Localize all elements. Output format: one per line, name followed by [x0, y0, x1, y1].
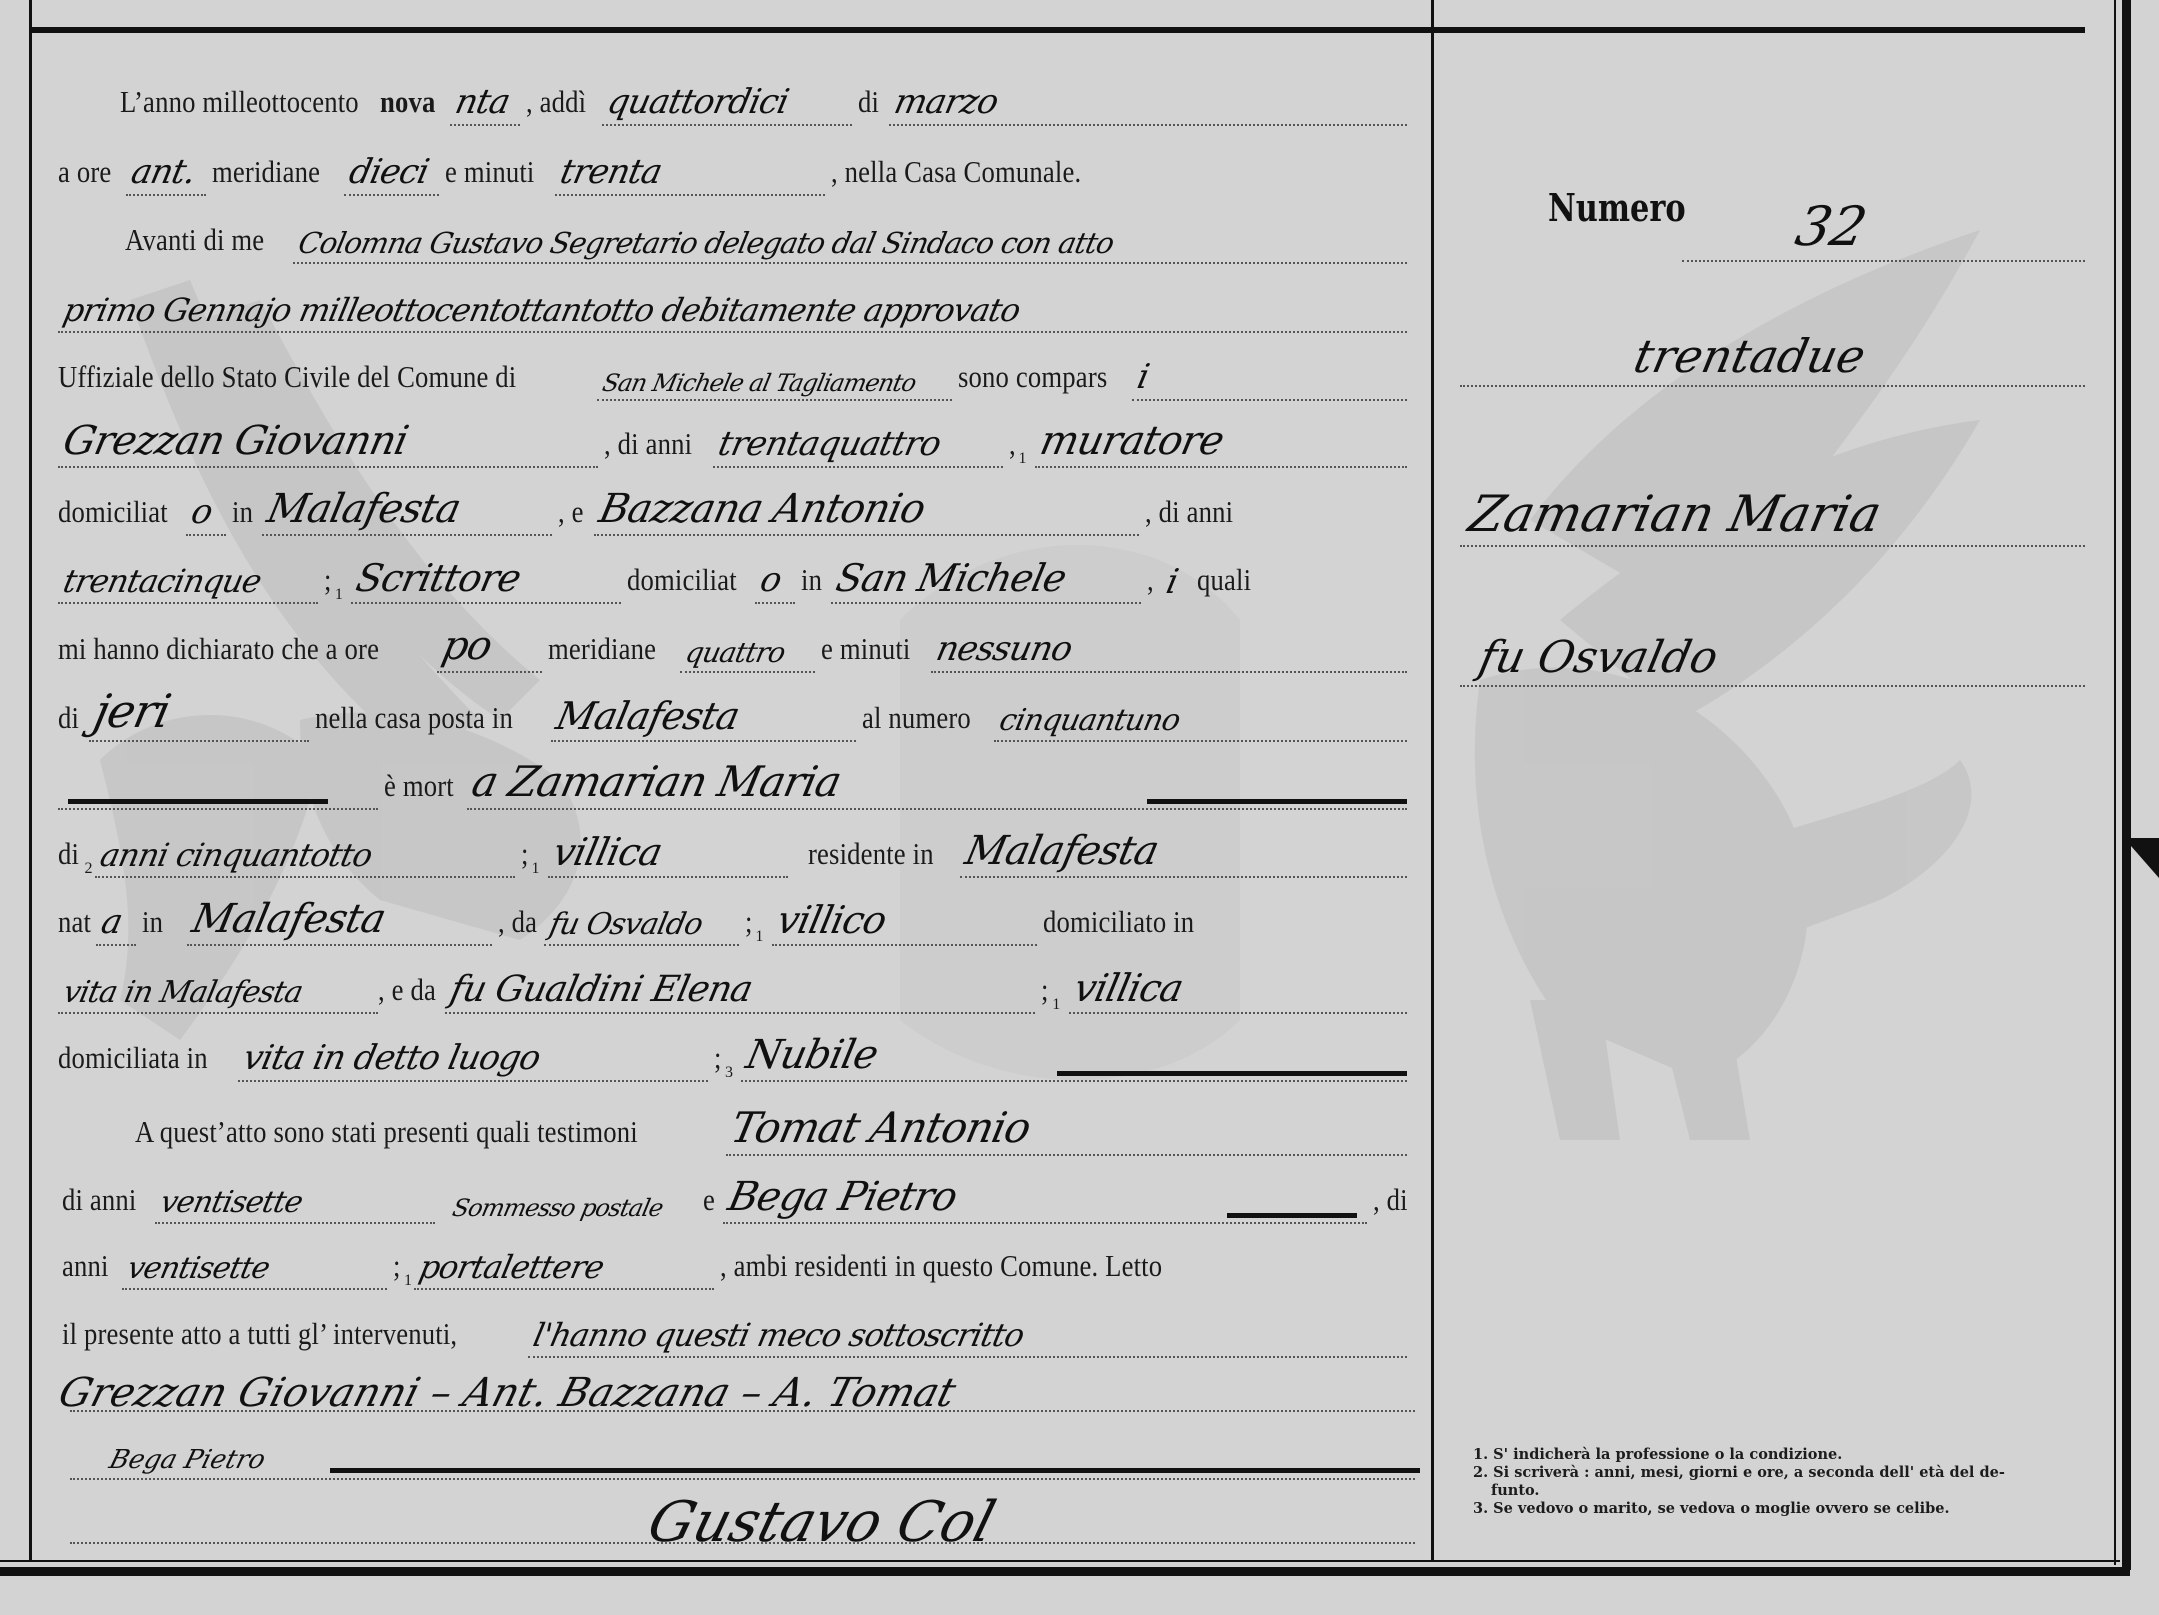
- handwritten-entry: cinquantuno: [997, 703, 1184, 738]
- footnote-marker: 1: [532, 860, 540, 878]
- printed-text: ;: [745, 904, 753, 946]
- handwritten-entry: dieci: [346, 152, 432, 192]
- bottom-rule: [0, 1567, 2130, 1576]
- printed-text: Avanti di me: [125, 222, 264, 264]
- footnote-1: 1. S' indicherà la professione o la cond…: [1473, 1446, 2073, 1464]
- year-field: nta: [450, 74, 520, 126]
- signing-statement-field: l'hanno questi meco sottoscritto: [528, 1306, 1407, 1358]
- death-day-field: jeri: [89, 690, 309, 742]
- death-hour-field: quattro: [680, 621, 815, 673]
- day-field: quattordici: [602, 74, 852, 126]
- printed-text: nella casa posta in: [315, 700, 513, 742]
- printed-text: domiciliata in: [58, 1040, 208, 1082]
- witness-2-age-field: ventisette: [122, 1238, 387, 1290]
- handwritten-entry: Sommesso postale: [450, 1194, 665, 1222]
- declarant-2-residence-field: San Michele: [831, 552, 1141, 604]
- printed-text: , di anni: [1145, 494, 1233, 536]
- footnote-marker: 1: [335, 586, 343, 604]
- printed-text: meridiane: [212, 154, 320, 196]
- handwritten-entry: San Michele al Tagliamento: [600, 369, 918, 397]
- am-pm-field: ant.: [126, 144, 206, 196]
- text-line-witnesses: A quest’atto sono stati presenti quali t…: [135, 1098, 1413, 1156]
- handwritten-entry: ventisette: [157, 1185, 305, 1220]
- printed-text: ,: [1147, 562, 1154, 604]
- footnote-marker: 1: [1019, 450, 1027, 468]
- comune-field: San Michele al Tagliamento: [597, 349, 952, 401]
- signature-official: Gustavo Col: [641, 1490, 1001, 1555]
- officer-field-cont: primo Gennajo milleottocentottantotto de…: [58, 281, 1407, 333]
- printed-text: il presente atto a tutti gl’ intervenuti…: [62, 1316, 457, 1358]
- printed-text: meridiane: [548, 631, 656, 673]
- handwritten-entry: San Michele: [833, 556, 1071, 600]
- handwritten-entry: ventisette: [124, 1251, 272, 1286]
- footnote-marker: 3: [725, 1064, 733, 1082]
- declarant-2-name-field: Bazzana Antonio: [594, 484, 1139, 536]
- bottom-rule-thin: [0, 1560, 2120, 1562]
- cancel-stroke: [1057, 1071, 1407, 1076]
- father-name-field: fu Osvaldo: [544, 894, 739, 946]
- text-line-reading: il presente atto a tutti gl’ intervenuti…: [62, 1300, 1413, 1358]
- footnote-marker: 1: [1052, 996, 1060, 1014]
- printed-text: di anni: [62, 1182, 137, 1224]
- printed-text: , e: [558, 494, 584, 536]
- handwritten-entry: portalettere: [416, 1248, 607, 1286]
- declarant-1-residence-field: Malafesta: [262, 484, 552, 536]
- witness-1-age-field: ventisette: [155, 1172, 435, 1224]
- deceased-profession-field: villica: [548, 826, 788, 878]
- house-number-field: cinquantuno: [994, 690, 1407, 742]
- marital-status-field: Nubile: [741, 1030, 1407, 1082]
- signature-line-2: [70, 1478, 1415, 1480]
- cancel-stroke: [68, 799, 328, 804]
- hour-field: dieci: [344, 144, 439, 196]
- handwritten-entry: Zamarian Maria: [1464, 485, 1887, 543]
- handwritten-entry: fu Osvaldo: [1475, 632, 1723, 683]
- text-line-deceased-age: di2 anni cinquantotto ;1 villica residen…: [58, 820, 1413, 878]
- signature-declarants: Grezzan Giovanni – Ant. Bazzana – A. Tom…: [54, 1370, 961, 1416]
- father-residence-field: vita in Malafesta: [58, 962, 378, 1014]
- text-line-mother-residence: domiciliata in vita in detto luogo ;3 Nu…: [58, 1024, 1413, 1082]
- fill-in-blank: i: [1161, 554, 1191, 604]
- printed-text: ,: [1009, 426, 1016, 468]
- numero-field: 32: [1682, 200, 2085, 262]
- handwritten-entry: villico: [773, 898, 890, 942]
- printed-text: quali: [1197, 562, 1251, 604]
- death-ampm-field: po: [437, 621, 542, 673]
- text-line-death-time: mi hanno dichiarato che a ore po meridia…: [58, 615, 1413, 673]
- father-margin-field: fu Osvaldo: [1460, 625, 2085, 687]
- footnote-3: 3. Se vedovo o marito, se vedova o mogli…: [1473, 1500, 2073, 1518]
- witness-2-profession-field: portalettere: [414, 1238, 714, 1290]
- witness-2-name-field: Bega Pietro: [723, 1172, 1367, 1224]
- printed-text: ;: [324, 562, 332, 604]
- printed-text: residente in: [808, 836, 934, 878]
- deceased-age-field: anni cinquantotto: [95, 826, 515, 878]
- handwritten-entry: Tomat Antonio: [727, 1103, 1035, 1152]
- handwritten-entry: Malafesta: [552, 694, 743, 738]
- text-line-year: L’anno milleottocentonova nta , addì qua…: [120, 68, 1413, 126]
- month-field: marzo: [889, 74, 1407, 126]
- printed-text: domiciliat: [627, 562, 737, 604]
- handwritten-entry: nessuno: [933, 629, 1076, 669]
- printed-text: domiciliato in: [1043, 904, 1194, 946]
- handwritten-entry: a: [98, 902, 126, 942]
- signature-thick-rule: [330, 1468, 1420, 1473]
- father-profession-field: villico: [772, 894, 1037, 946]
- declarant-2-profession-field: Scrittore: [351, 552, 621, 604]
- printed-text: ;: [521, 836, 529, 878]
- text-line-deceased: è mort a Zamarian Maria: [58, 752, 1413, 810]
- handwritten-entry: o: [187, 492, 215, 532]
- printed-text: e: [703, 1182, 715, 1224]
- printed-text: è mort: [384, 768, 454, 810]
- numero-label: Numero: [1548, 185, 1686, 230]
- text-line-officer-cont: primo Gennajo milleottocentottantotto de…: [58, 275, 1413, 333]
- footnote-marker: 1: [404, 1272, 412, 1290]
- handwritten-entry: nta: [452, 82, 513, 122]
- handwritten-entry: villica: [1070, 966, 1186, 1010]
- mother-profession-field: villica: [1069, 962, 1408, 1014]
- printed-text: in: [232, 494, 253, 536]
- printed-text: , addì: [526, 84, 586, 126]
- officer-field: Colomna Gustavo Segretario delegato dal …: [293, 212, 1407, 264]
- printed-text: ;: [393, 1248, 401, 1290]
- printed-text: , da: [498, 904, 537, 946]
- mother-residence-field: vita in detto luogo: [238, 1030, 708, 1082]
- printed-text: di: [58, 836, 79, 878]
- printed-text: mi hanno dichiarato che a ore: [58, 631, 379, 673]
- fill-in-blank: o: [755, 552, 795, 604]
- printed-text: di: [858, 84, 879, 126]
- handwritten-entry: quattordici: [604, 82, 792, 122]
- handwritten-entry: muratore: [1036, 418, 1227, 464]
- numero-words-field: trentadue: [1460, 325, 2085, 387]
- handwritten-entry: Nubile: [742, 1032, 881, 1078]
- death-house-location-field: Malafesta: [551, 690, 856, 742]
- printed-text: ;: [1041, 972, 1049, 1014]
- handwritten-entry: Scrittore: [352, 556, 524, 600]
- document-page: L’anno milleottocentonova nta , addì qua…: [0, 0, 2159, 1615]
- printed-text: sono compars: [958, 359, 1107, 401]
- printed-text: Uffiziale dello Stato Civile del Comune …: [58, 359, 516, 401]
- printed-text: nat: [58, 904, 91, 946]
- declarant-2-age-field: trentacinque: [58, 552, 318, 604]
- text-line-witness-1: di anni ventisette Sommesso postale e Be…: [62, 1166, 1413, 1224]
- handwritten-entry: po: [438, 623, 495, 669]
- text-line-witness-2: anni ventisette ;1 portalettere , ambi r…: [62, 1232, 1413, 1290]
- column-divider: [1431, 0, 1434, 1562]
- birthplace-field: Malafesta: [187, 894, 492, 946]
- fill-in-blank: o: [186, 484, 226, 536]
- right-border-thin: [2114, 0, 2116, 1565]
- text-line-death-place: di jeri nella casa posta in Malafesta al…: [58, 684, 1413, 742]
- deceased-residence-field: Malafesta: [960, 826, 1407, 878]
- deceased-name-margin-field: Zamarian Maria: [1460, 485, 2085, 547]
- declarant-1-profession-field: muratore: [1035, 416, 1407, 468]
- handwritten-entry: fu Gualdini Elena: [447, 969, 756, 1010]
- handwritten-entry: vita in Malafesta: [60, 975, 305, 1010]
- handwritten-entry: Bazzana Antonio: [595, 486, 929, 532]
- right-border-thick: [2122, 0, 2131, 1570]
- text-line-declarant-2-cont: trentacinque ;1 Scrittore domiciliato in…: [58, 546, 1413, 604]
- handwritten-entry: marzo: [891, 82, 1002, 122]
- cancel-stroke: [1227, 1213, 1357, 1218]
- mother-name-field: fu Gualdini Elena: [445, 962, 1035, 1014]
- handwritten-entry: Bega Pietro: [724, 1174, 961, 1220]
- handwritten-entry: Colomna Gustavo Segretario delegato dal …: [295, 226, 1116, 260]
- printed-text: , ambi residenti in questo Comune. Letto: [720, 1248, 1162, 1290]
- printed-text: a ore: [58, 154, 111, 196]
- footnote-2-cont: funto.: [1473, 1482, 2073, 1500]
- printed-text: L’anno milleottocento: [120, 84, 359, 126]
- handwritten-entry: Grezzan Giovanni: [59, 418, 412, 464]
- printed-text: anni: [62, 1248, 109, 1290]
- handwritten-entry: i: [1133, 357, 1151, 397]
- signature-witness: Bega Pietro: [106, 1445, 269, 1475]
- text-line-declarant-1: Grezzan Giovanni , di anni trentaquattro…: [58, 410, 1413, 468]
- top-rule: [32, 27, 2085, 33]
- printed-text: e minuti: [445, 154, 534, 196]
- text-line-officer: Avanti di me Colomna Gustavo Segretario …: [125, 206, 1413, 264]
- text-line-comune: Uffiziale dello Stato Civile del Comune …: [58, 343, 1413, 401]
- printed-text: , e da: [378, 972, 436, 1014]
- printed-text: A quest’atto sono stati presenti quali t…: [135, 1114, 638, 1156]
- footnote-2: 2. Si scriverà : anni, mesi, giorni e or…: [1473, 1464, 2073, 1482]
- handwritten-entry: villica: [549, 830, 665, 874]
- fill-in-blank: [58, 758, 378, 810]
- handwritten-entry: o: [756, 560, 784, 600]
- printed-text: domiciliat: [58, 494, 168, 536]
- printed-text: , di anni: [604, 426, 692, 468]
- printed-text: , nella Casa Comunale.: [831, 154, 1081, 196]
- cancel-stroke: [1147, 799, 1407, 804]
- printed-text: e minuti: [821, 631, 910, 673]
- handwritten-entry: 32: [1790, 195, 1872, 258]
- printed-text: ;: [714, 1040, 722, 1082]
- handwritten-entry: i: [1163, 562, 1181, 602]
- printed-text: di: [58, 700, 79, 742]
- printed-text: in: [142, 904, 163, 946]
- witness-1-profession-field: Sommesso postale: [447, 1174, 697, 1224]
- printed-text: nova: [380, 84, 436, 126]
- handwritten-entry: jeri: [89, 684, 175, 738]
- handwritten-entry: Malafesta: [188, 896, 389, 942]
- handwritten-entry: trentadue: [1629, 329, 1870, 383]
- footnote-marker: 1: [755, 928, 763, 946]
- declarant-1-age-field: trentaquattro: [713, 416, 1003, 468]
- fill-in-blank: i: [1132, 349, 1407, 401]
- printed-text: in: [801, 562, 822, 604]
- death-minutes-field: nessuno: [931, 621, 1407, 673]
- witness-1-name-field: Tomat Antonio: [726, 1104, 1407, 1156]
- text-line-mother: vita in Malafesta , e da fu Gualdini Ele…: [58, 956, 1413, 1014]
- right-edge-tab: [2131, 838, 2159, 878]
- handwritten-entry: trentacinque: [60, 562, 265, 600]
- handwritten-entry: Malafesta: [263, 486, 464, 532]
- handwritten-entry: Malafesta: [961, 828, 1162, 874]
- text-line-birth: nata in Malafesta , da fu Osvaldo ;1 vil…: [58, 888, 1413, 946]
- minutes-field: trenta: [555, 144, 825, 196]
- handwritten-entry: trentaquattro: [714, 424, 943, 464]
- handwritten-entry: vita in detto luogo: [240, 1038, 544, 1078]
- handwritten-entry: trenta: [557, 152, 665, 192]
- handwritten-entry: primo Gennajo milleottocentottantotto de…: [60, 291, 1023, 329]
- deceased-name-field: a Zamarian Maria: [467, 758, 1407, 810]
- left-border: [29, 0, 32, 1562]
- handwritten-entry: a Zamarian Maria: [468, 757, 845, 806]
- handwritten-entry: fu Osvaldo: [546, 907, 705, 942]
- handwritten-entry: l'hanno questi meco sottoscritto: [530, 1316, 1027, 1354]
- printed-text: al numero: [862, 700, 971, 742]
- handwritten-entry: quattro: [683, 636, 788, 669]
- text-line-hour: a ore ant. meridiane dieci e minuti tren…: [58, 138, 1413, 196]
- handwritten-entry: ant.: [128, 152, 199, 192]
- text-line-declarant-2: domiciliato in Malafesta , e Bazzana Ant…: [58, 478, 1413, 536]
- footnotes: 1. S' indicherà la professione o la cond…: [1473, 1446, 2073, 1518]
- printed-text: , di: [1373, 1182, 1408, 1224]
- handwritten-entry: anni cinquantotto: [97, 836, 375, 874]
- fill-in-blank: a: [96, 894, 136, 946]
- declarant-1-name-field: Grezzan Giovanni: [58, 416, 598, 468]
- footnote-marker: 2: [85, 860, 93, 878]
